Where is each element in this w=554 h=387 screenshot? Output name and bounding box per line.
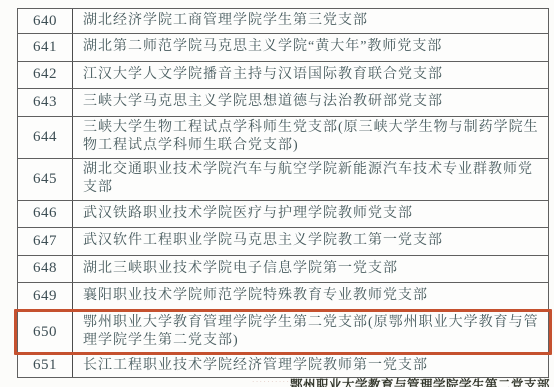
row-branch-name: 江汉大学人文学院播音主持与汉语国际教育联合党支部 — [73, 64, 548, 86]
scan-noise-marks: ·········· — [252, 378, 290, 386]
row-branch-name: 长江工程职业技术学院经济管理学院教师第一党支部 — [73, 355, 548, 377]
table-row: 645 湖北交通职业技术学院汽车与航空学院新能源汽车技术专业群教师党 支部 — [18, 159, 548, 201]
row-number: 641 — [18, 34, 73, 61]
row-branch-name: 湖北第二师范学院马克思主义学院“黄大年”教师党支部 — [73, 36, 548, 58]
table-row: 644 三峡大学生物工程试点学科师生党支部(原三峡大学生物与制药学院生 物工程试… — [18, 117, 548, 159]
row-number: 642 — [18, 62, 73, 89]
row-number: 648 — [18, 256, 73, 283]
row-branch-name: 武汉软件工程职业学院马克思主义学院教工第一党支部 — [73, 230, 548, 252]
party-branch-table: 640 湖北经济学院工商管理学院学生第三党支部 641 湖北第二师范学院马克思主… — [17, 8, 549, 378]
table-row: 649 襄阳职业技术学院师范学院特殊教育专业教师党支部 — [18, 283, 548, 311]
row-branch-name: 武汉铁路职业技术学院医疗与护理学院教师党支部 — [73, 203, 548, 225]
row-branch-name: 湖北交通职业技术学院汽车与航空学院新能源汽车技术专业群教师党 支部 — [73, 159, 548, 199]
table-row: 648 湖北三峡职业技术学院电子信息学院第一党支部 — [18, 256, 548, 284]
row-branch-name: 三峡大学生物工程试点学科师生党支部(原三峡大学生物与制药学院生 物工程试点学科师… — [73, 117, 548, 157]
row-branch-name: 鄂州职业大学教育管理学院学生第二党支部(原鄂州职业大学教育与管 理学院学生第二党… — [73, 312, 548, 352]
row-branch-name: 三峡大学马克思主义学院思想道德与法治教研部党支部 — [73, 91, 548, 113]
row-number: 640 — [18, 9, 73, 33]
row-branch-name: 湖北经济学院工商管理学院学生第三党支部 — [73, 10, 548, 32]
row-branch-name: 襄阳职业技术学院师范学院特殊教育专业教师党支部 — [73, 285, 548, 307]
table-row-highlighted: 650 鄂州职业大学教育管理学院学生第二党支部(原鄂州职业大学教育与管 理学院学… — [18, 311, 548, 355]
row-number: 646 — [18, 201, 73, 228]
row-number: 649 — [18, 283, 73, 310]
document-page: { "table": { "rows": [ {"id": "640", "na… — [0, 0, 554, 387]
table-row: 643 三峡大学马克思主义学院思想道德与法治教研部党支部 — [18, 89, 548, 117]
caption-watermark: 鄂州职业大学教育与管理学院学生第二党支部 — [290, 375, 550, 387]
row-number: 644 — [18, 117, 73, 158]
row-number: 643 — [18, 89, 73, 116]
table-row: 646 武汉铁路职业技术学院医疗与护理学院教师党支部 — [18, 201, 548, 229]
row-number: 647 — [18, 228, 73, 255]
row-number: 645 — [18, 159, 73, 200]
table-row: 641 湖北第二师范学院马克思主义学院“黄大年”教师党支部 — [18, 34, 548, 62]
row-number: 651 — [18, 355, 73, 377]
table-row: 640 湖北经济学院工商管理学院学生第三党支部 — [18, 9, 548, 34]
table-row: 642 江汉大学人文学院播音主持与汉语国际教育联合党支部 — [18, 62, 548, 90]
table-row: 647 武汉软件工程职业学院马克思主义学院教工第一党支部 — [18, 228, 548, 256]
row-number: 650 — [18, 311, 73, 354]
row-branch-name: 湖北三峡职业技术学院电子信息学院第一党支部 — [73, 258, 548, 280]
